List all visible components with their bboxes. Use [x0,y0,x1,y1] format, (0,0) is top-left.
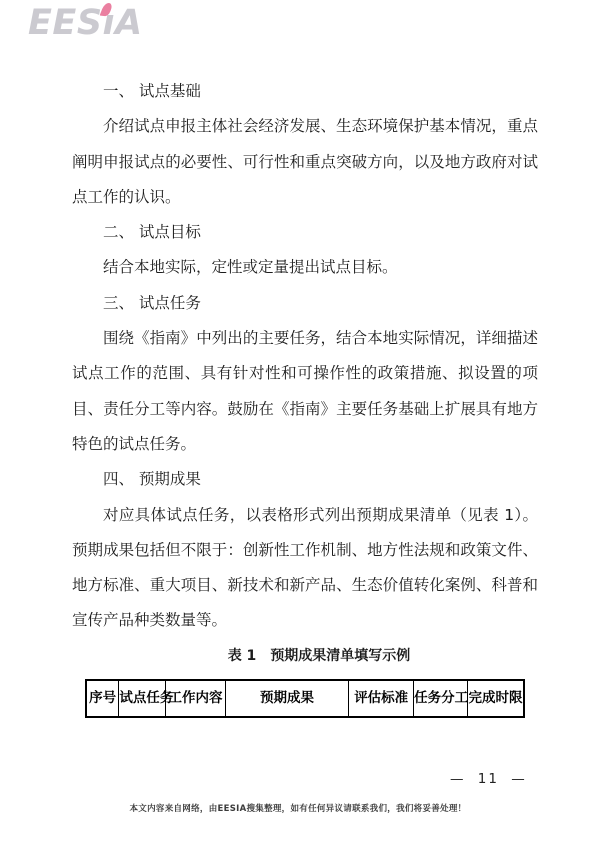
table-caption: 表 1预期成果清单填写示例 [72,639,538,674]
table-header-cell-work: 工作内容 [166,680,226,717]
table-header-cell-results: 预期成果 [225,680,349,717]
section-paragraph-3: 围绕《指南》中列出的主要任务，结合本地实际情况，详细描述试点工作的范围、具有针对… [72,321,538,462]
table-caption-title: 预期成果清单填写示例 [270,648,410,664]
section-paragraph-2: 结合本地实际，定性或定量提出试点目标。 [72,250,538,285]
table-header-cell-division: 任务分工 [414,680,468,717]
section-paragraph-4: 对应具体试点任务，以表格形式列出预期成果清单（见表 1）。预期成果包括但不限于：… [72,498,538,639]
table-header-cell-criteria: 评估标准 [349,680,414,717]
section-heading-3: 三、 试点任务 [72,286,538,321]
table-header-cell-task: 试点任务 [119,680,166,717]
table-header-row: 序号 试点任务 工作内容 预期成果 评估标准 任务分工 完成时限 [86,680,524,717]
footer-note: 本文内容来自网络，由EESIA搜集整理，如有任何异议请联系我们，我们将妥善处理！ [0,802,596,814]
table-caption-label: 表 1 [228,648,257,664]
section-paragraph-1: 介绍试点申报主体社会经济发展、生态环境保护基本情况，重点阐明申报试点的必要性、可… [72,109,538,215]
section-heading-4: 四、 预期成果 [72,462,538,497]
document-page: EESıA 一、 试点基础 介绍试点申报主体社会经济发展、生态环境保护基本情况，… [0,0,596,842]
table-header-cell-deadline: 完成时限 [467,680,524,717]
expected-results-table: 序号 试点任务 工作内容 预期成果 评估标准 任务分工 完成时限 [85,679,525,718]
logo-letters-prefix: EES [28,3,103,43]
section-heading-1: 一、 试点基础 [72,74,538,109]
page-number: — 11 — [450,771,527,787]
document-body: 一、 试点基础 介绍试点申报主体社会经济发展、生态环境保护基本情况，重点阐明申报… [72,74,538,718]
table-header-cell-seq: 序号 [86,680,119,717]
section-heading-2: 二、 试点目标 [72,215,538,250]
logo-letters-suffix: A [115,3,143,43]
brand-logo: EESıA [28,2,143,44]
